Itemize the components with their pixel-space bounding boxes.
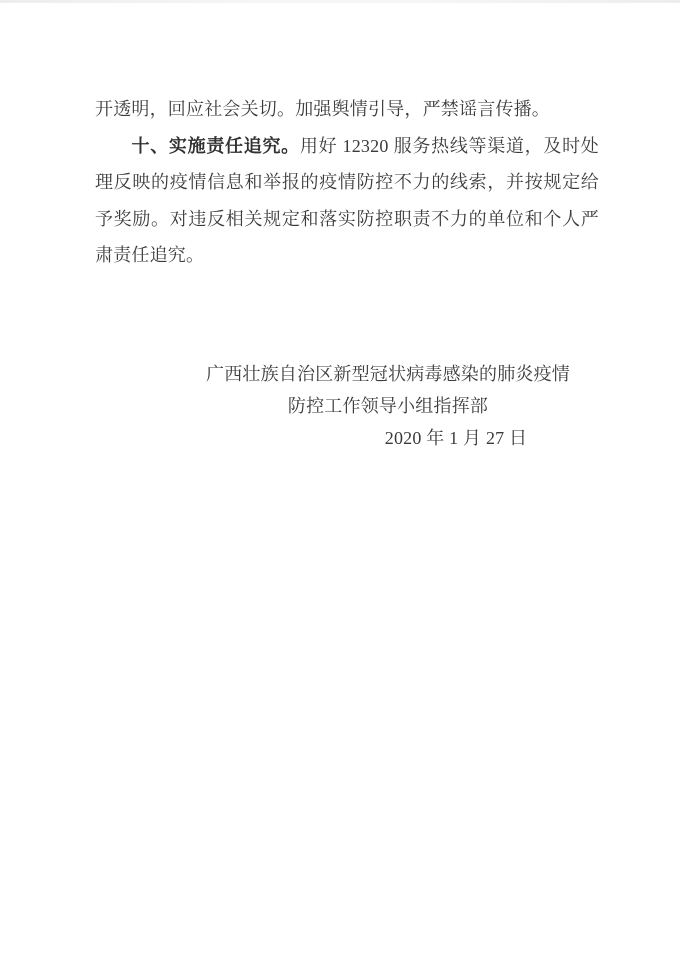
signature-org-line-1: 广西壮族自治区新型冠状病毒感染的肺炎疫情	[96, 358, 680, 390]
signature-block: 广西壮族自治区新型冠状病毒感染的肺炎疫情 防控工作领导小组指挥部 2020 年 …	[96, 358, 680, 454]
signature-date: 2020 年 1 月 27 日	[164, 422, 680, 454]
document-page: 开透明，回应社会关切。加强舆情引导，严禁谣言传播。 十、实施责任追究。用好 12…	[0, 0, 680, 960]
section-ten-line-4: 肃责任追究。	[95, 237, 599, 274]
section-ten-line-2: 理反映的疫情信息和举报的疫情防控不力的线索，并按规定给	[95, 164, 599, 201]
paragraph-indent	[95, 151, 131, 152]
paragraph-prev-last-line: 开透明，回应社会关切。加强舆情引导，严禁谣言传播。	[95, 91, 599, 128]
signature-org-line-2: 防控工作领导小组指挥部	[96, 390, 680, 422]
page-top-edge	[0, 0, 680, 3]
section-ten-line-1-text: 用好 12320 服务热线等渠道，及时处	[300, 136, 599, 156]
section-ten-line-1: 十、实施责任追究。用好 12320 服务热线等渠道，及时处	[95, 128, 599, 165]
section-ten-heading: 十、实施责任追究。	[131, 136, 300, 156]
document-body: 开透明，回应社会关切。加强舆情引导，严禁谣言传播。 十、实施责任追究。用好 12…	[95, 91, 599, 274]
section-ten-line-3: 予奖励。对违反相关规定和落实防控职责不力的单位和个人严	[95, 201, 599, 238]
